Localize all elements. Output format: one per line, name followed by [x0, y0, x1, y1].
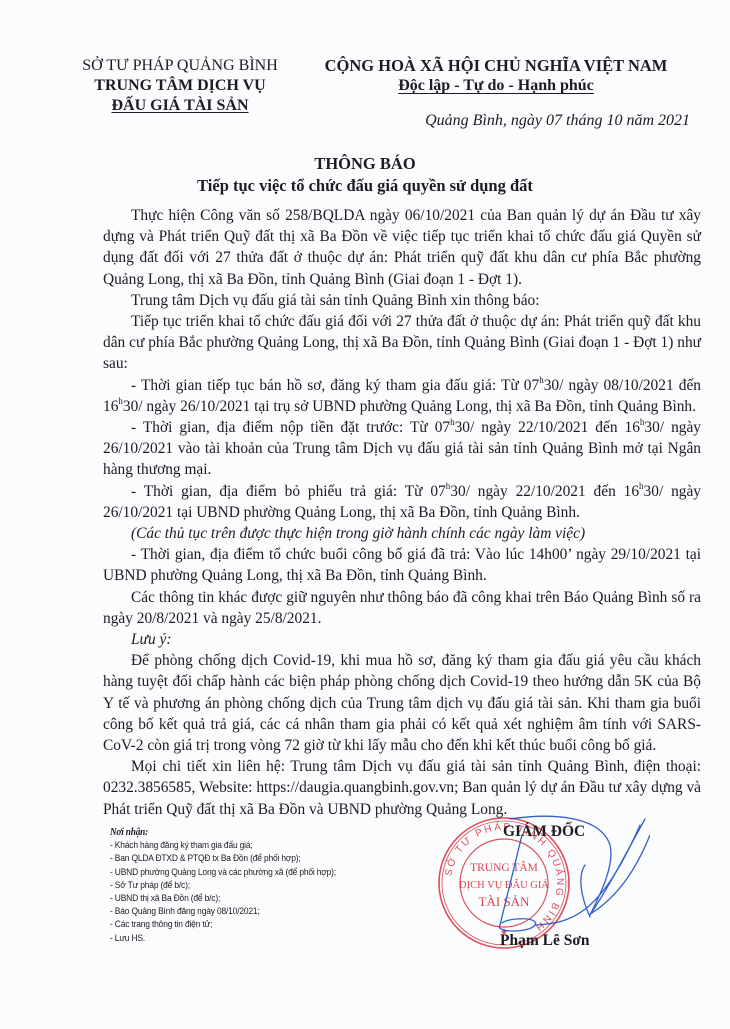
recipient-item: - Khách hàng đăng ký tham gia đấu giá; — [110, 839, 392, 852]
issuing-agency-block: SỞ TƯ PHÁP QUẢNG BÌNH TRUNG TÂM DỊCH VỤ … — [80, 56, 280, 116]
recipient-item: - Các trang thông tin điện tử; — [110, 918, 392, 931]
document-page: SỞ TƯ PHÁP QUẢNG BÌNH TRUNG TÂM DỊCH VỤ … — [0, 0, 730, 1029]
paragraph-announce: Trung tâm Dịch vụ đấu giá tài sản tỉnh Q… — [103, 290, 701, 311]
recipients-label: Nơi nhận: — [110, 826, 392, 839]
date-line: Quảng Bình, ngày 07 tháng 10 năm 2021 — [380, 112, 700, 130]
item-sale-registration: - Thời gian tiếp tục bán hồ sơ, đăng ký … — [103, 375, 701, 417]
national-motto-text: Độc lập - Tự do - Hạnh phúc — [398, 77, 594, 94]
recipient-item: - Báo Quảng Bình đăng ngày 08/10/2021; — [110, 905, 392, 918]
document-body: Thực hiện Công văn số 258/BQLDA ngày 06/… — [103, 205, 701, 820]
recipient-item: - Ban QLDA ĐTXD & PTQĐ tx Ba Đồn (để phố… — [110, 852, 392, 865]
national-header-block: CỘNG HOÀ XÃ HỘI CHỦ NGHĨA VIỆT NAM Độc l… — [306, 56, 686, 96]
document-title: THÔNG BÁO — [0, 154, 730, 174]
paragraph-covid: Để phòng chống dịch Covid-19, khi mua hồ… — [103, 650, 701, 756]
recipient-item: - Lưu HS. — [110, 932, 392, 945]
recipient-item: - Sở Tư pháp (để b/c); — [110, 879, 392, 892]
recipients-list: Nơi nhận: - Khách hàng đăng ký tham gia … — [110, 826, 392, 945]
paragraph-scope: Tiếp tục triển khai tổ chức đấu giá đối … — [103, 311, 701, 375]
handwritten-signature — [490, 805, 650, 935]
paragraph-reference: Thực hiện Công văn số 258/BQLDA ngày 06/… — [103, 205, 701, 290]
item-deposit: - Thời gian, địa điểm nộp tiền đặt trước… — [103, 417, 701, 481]
parent-agency: SỞ TƯ PHÁP QUẢNG BÌNH — [80, 56, 280, 76]
paragraph-other-info: Các thông tin khác được giữ nguyên như t… — [103, 587, 701, 629]
document-subtitle: Tiếp tục việc tổ chức đấu giá quyền sử d… — [0, 176, 730, 196]
note-office-hours: (Các thủ tục trên được thực hiện trong g… — [103, 523, 701, 544]
item-announcement: - Thời gian, địa điểm tổ chức buổi công … — [103, 544, 701, 586]
recipient-item: - UBND phường Quảng Long và các phường x… — [110, 866, 392, 879]
national-title: CỘNG HOÀ XÃ HỘI CHỦ NGHĨA VIỆT NAM — [306, 56, 686, 76]
national-motto: Độc lập - Tự do - Hạnh phúc — [306, 76, 686, 96]
signer-name: Phạm Lê Sơn — [500, 932, 590, 950]
item-bidding: - Thời gian, địa điểm bỏ phiếu trả giá: … — [103, 481, 701, 523]
org-name-line2: ĐẤU GIÁ TÀI SẢN — [80, 96, 280, 116]
note-label: Lưu ý: — [103, 629, 701, 650]
org-name-line1: TRUNG TÂM DỊCH VỤ — [80, 76, 280, 96]
recipient-item: - UBND thị xã Ba Đồn (để b/c); — [110, 892, 392, 905]
